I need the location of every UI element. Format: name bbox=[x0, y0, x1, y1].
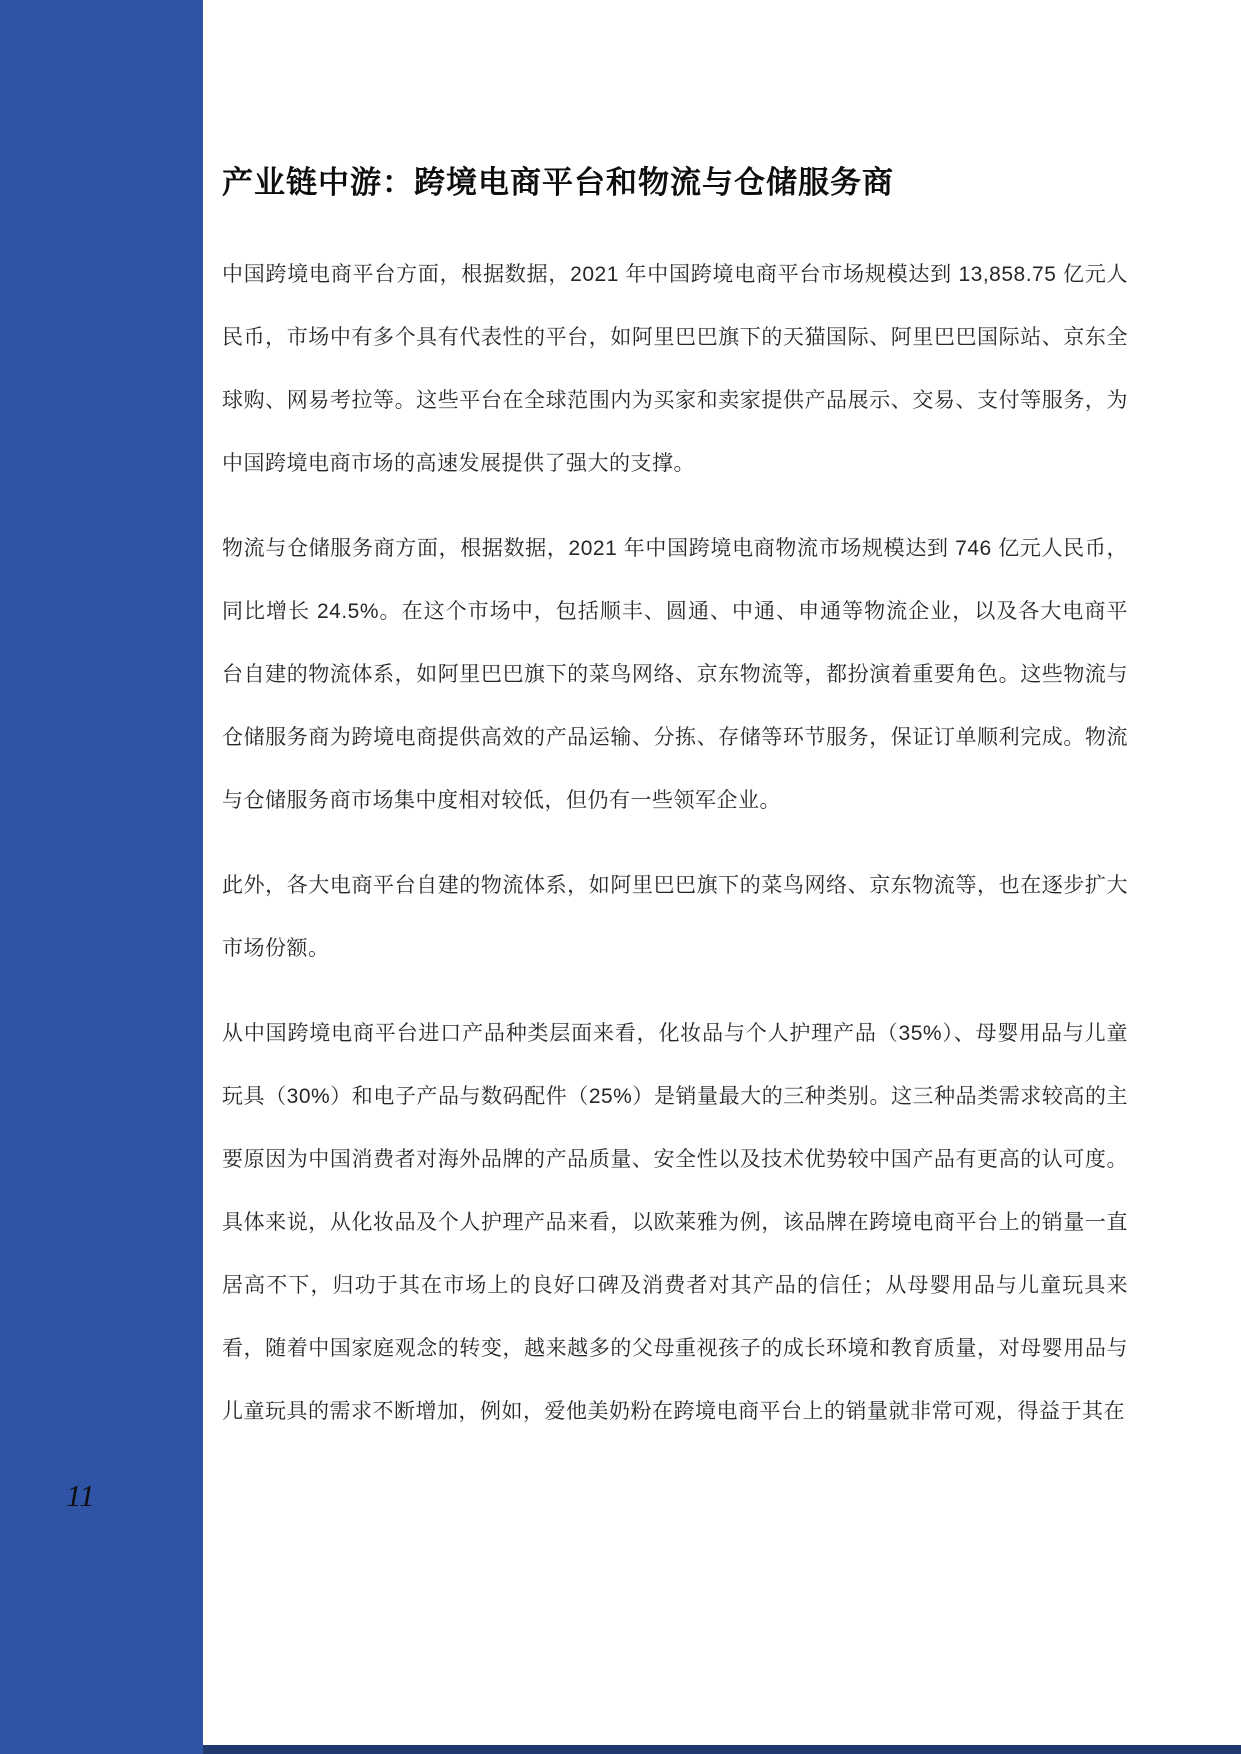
page-number: 11 bbox=[66, 1478, 95, 1514]
paragraph-import-categories: 从中国跨境电商平台进口产品种类层面来看，化妆品与个人护理产品（35%）、母婴用品… bbox=[222, 1002, 1128, 1443]
paragraph-logistics: 物流与仓储服务商方面，根据数据，2021 年中国跨境电商物流市场规模达到 746… bbox=[222, 517, 1128, 832]
paragraph-self-built-logistics: 此外，各大电商平台自建的物流体系，如阿里巴巴旗下的菜鸟网络、京东物流等，也在逐步… bbox=[222, 854, 1128, 980]
page-content: 产业链中游：跨境电商平台和物流与仓储服务商 中国跨境电商平台方面，根据数据，20… bbox=[222, 163, 1128, 1465]
report-page: 产业链中游：跨境电商平台和物流与仓储服务商 中国跨境电商平台方面，根据数据，20… bbox=[0, 0, 1241, 1754]
bottom-accent-bar bbox=[203, 1745, 1241, 1754]
left-accent-sidebar bbox=[0, 0, 203, 1754]
paragraph-platforms: 中国跨境电商平台方面，根据数据，2021 年中国跨境电商平台市场规模达到 13,… bbox=[222, 243, 1128, 495]
section-heading: 产业链中游：跨境电商平台和物流与仓储服务商 bbox=[222, 163, 1128, 203]
